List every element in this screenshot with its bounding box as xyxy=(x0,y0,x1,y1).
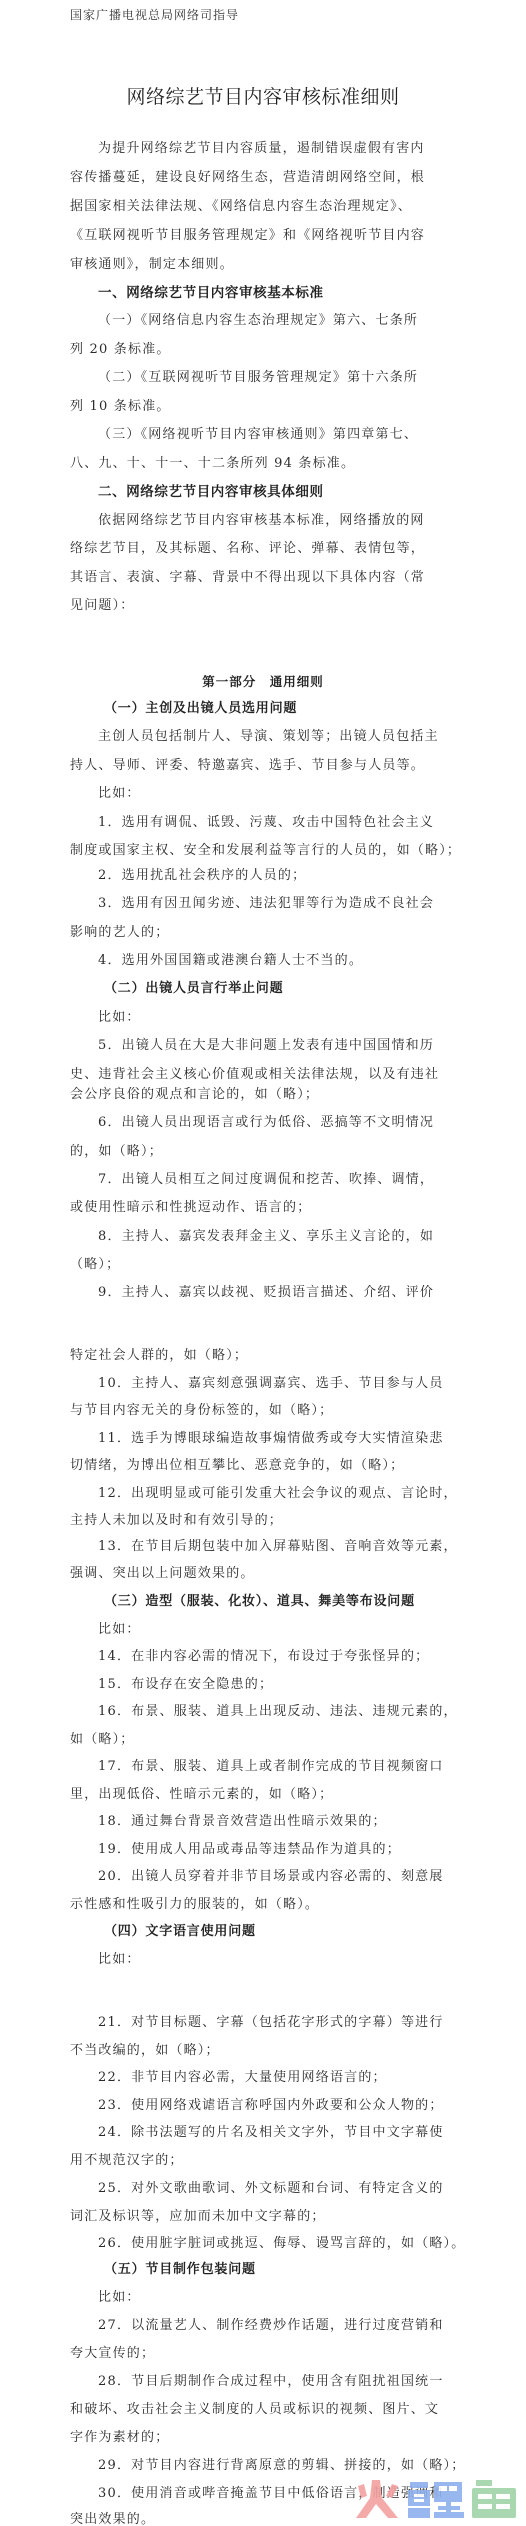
section-intro-line: 其语言、表演、字幕、背景中不得出现以下具体内容（常 xyxy=(70,570,446,586)
rule-line: 13．在节目后期包装中加入屏幕贴图、音响音效等元素， xyxy=(98,1539,446,1555)
rule-line: 主持人未加以及时和有效引导的； xyxy=(70,1513,446,1529)
rule-line: 5．出镜人员在大是大非问题上发表有违中国国情和历 xyxy=(98,1038,446,1054)
standard-item: （二）《互联网视听节目服务管理规定》第十六条所 xyxy=(98,370,446,386)
section-intro-line: 络综艺节目，及其标题、名称、评论、弹幕、表情包等， xyxy=(70,541,446,557)
rule-line: 影响的艺人的； xyxy=(70,925,446,941)
intro-line: 审核通则》，制定本细则。 xyxy=(70,257,446,273)
rule-line: 切情绪，为博出位相互攀比、恶意竞争的，如（略）； xyxy=(70,1458,446,1474)
section-intro-line: 见问题）： xyxy=(70,598,446,614)
rule-line: 22．非节目内容必需，大量使用网络语言的； xyxy=(98,2070,446,2086)
rule-line: 和破坏、攻击社会主义制度的人员或标识的视频、图片、文 xyxy=(70,2402,446,2418)
rule-line: 不当改编的，如（略）； xyxy=(70,2043,446,2059)
rule-line: 字作为素材的； xyxy=(70,2430,446,2446)
section-heading: 二、网络综艺节目内容审核具体细则 xyxy=(98,484,446,500)
rule-line: 的，如（略）； xyxy=(70,1144,446,1160)
rule-line: 12．出现明显或可能引发重大社会争议的观点、言论时， xyxy=(98,1486,446,1502)
rule-line: 4．选用外国国籍或港澳台籍人士不当的。 xyxy=(98,953,446,969)
rule-line: 用不规范汉字的； xyxy=(70,2153,446,2169)
rule-line: 会公序良俗的观点和言论的，如（略）； xyxy=(70,1087,446,1103)
subsection-heading: （四）文字语言使用问题 xyxy=(104,1924,480,1940)
standard-item: （三）《网络视听节目内容审核通则》第四章第七、 xyxy=(98,427,446,443)
intro-line: 容传播蔓延，建设良好网络生态，营造清朗网络空间，根 xyxy=(70,170,446,186)
document-page: 国家广播电视总局网络司指导 网络综艺节目内容审核标准细则 为提升网络综艺节目内容… xyxy=(0,0,526,2526)
rule-line: 2．选用扰乱社会秩序的人员的； xyxy=(98,868,446,884)
rule-line: 强调、突出以上问题效果的。 xyxy=(70,1566,446,1582)
rule-line: 14．在非内容必需的情况下，布设过于夸张怪异的； xyxy=(98,1649,446,1665)
rule-line: 11．选手为博眼球编造故事煽情做秀或夸大实情渲染悲 xyxy=(98,1431,446,1447)
standard-item: 列 20 条标准。 xyxy=(70,342,446,358)
rule-line: 24．除书法题写的片名及相关文字外，节目中文字幕使 xyxy=(98,2125,446,2141)
example-label: 比如： xyxy=(98,1622,446,1638)
document-title: 网络综艺节目内容审核标准细则 xyxy=(0,82,526,109)
rule-line: 制度或国家主权、安全和发展利益等言行的人员的，如（略）； xyxy=(70,843,446,859)
rule-line: 17．布景、服装、道具上或者制作完成的节目视频窗口 xyxy=(98,1759,446,1775)
subsection-desc: 主创人员包括制片人、导演、策划等；出镜人员包括主 xyxy=(98,729,446,745)
subsection-heading: （二）出镜人员言行举止问题 xyxy=(104,981,480,997)
intro-line: 为提升网络综艺节目内容质量，遏制错误虚假有害内 xyxy=(98,141,446,157)
rule-line: 示性感和性吸引力的服装的，如（略）。 xyxy=(70,1897,446,1913)
rule-line: 18．通过舞台背景音效营造出性暗示效果的； xyxy=(98,1814,446,1830)
part-title: 第一部分 通用细则 xyxy=(0,672,526,690)
rule-line: 6．出镜人员出现语言或行为低俗、恶搞等不文明情况 xyxy=(98,1115,446,1131)
rule-line: 27．以流量艺人、制作经费炒作话题，进行过度营销和 xyxy=(98,2318,446,2334)
example-label: 比如： xyxy=(98,786,446,802)
rule-line: 28．节目后期制作合成过程中，使用含有阻扰祖国统一 xyxy=(98,2374,446,2390)
rule-line: 7．出镜人员相互之间过度调侃和挖苦、吹捧、调情， xyxy=(98,1172,446,1188)
rule-line: 15．布设存在安全隐患的； xyxy=(98,1677,446,1693)
rule-line: 如（略）； xyxy=(70,1732,446,1748)
huoliyu-logo-icon xyxy=(352,2476,522,2520)
subsection-heading: （三）造型（服装、化妆）、道具、舞美等布设问题 xyxy=(104,1594,480,1610)
rule-line: 16．布景、服装、道具上出现反动、违法、违规元素的， xyxy=(98,1704,446,1720)
standard-item: 八、九、十、十一、十二条所列 94 条标准。 xyxy=(70,456,446,472)
subsection-heading: （一）主创及出镜人员选用问题 xyxy=(104,701,480,717)
rule-line: 夸大宣传的； xyxy=(70,2346,446,2362)
rule-line: 25．对外文歌曲歌词、外文标题和台词、有特定含义的 xyxy=(98,2181,446,2197)
rule-line: 特定社会人群的，如（略）； xyxy=(70,1348,446,1364)
example-label: 比如： xyxy=(98,2290,446,2306)
intro-line: 据国家相关法律法规、《网络信息内容生态治理规定》、 xyxy=(70,199,446,215)
example-label: 比如： xyxy=(98,1010,446,1026)
rule-line: 23．使用网络戏谑语言称呼国内外政要和公众人物的； xyxy=(98,2098,446,2114)
rule-line: 与节目内容无关的身份标签的，如（略）； xyxy=(70,1403,446,1419)
rule-line: 21．对节目标题、字幕（包括花字形式的字幕）等进行 xyxy=(98,2015,446,2031)
rule-line: 9．主持人、嘉宾以歧视、贬损语言描述、介绍、评价 xyxy=(98,1285,446,1301)
rule-line: 29．对节目内容进行背离原意的剪辑、拼接的，如（略）； xyxy=(98,2458,446,2474)
standard-item: （一）《网络信息内容生态治理规定》第六、七条所 xyxy=(98,313,446,329)
rule-line: 1．选用有调侃、诋毁、污蔑、攻击中国特色社会主义 xyxy=(98,815,446,831)
rule-line: 词汇及标识等，应加而未加中文字幕的； xyxy=(70,2209,446,2225)
rule-line: 10．主持人、嘉宾刻意强调嘉宾、选手、节目参与人员 xyxy=(98,1376,446,1392)
intro-line: 《互联网视听节目服务管理规定》和《网络视听节目内容 xyxy=(70,228,446,244)
example-label: 比如： xyxy=(98,1952,446,1968)
rule-line: 20．出镜人员穿着并非节目场景或内容必需的、刻意展 xyxy=(98,1869,446,1885)
subsection-desc: 持人、导师、评委、特邀嘉宾、选手、节目参与人员等。 xyxy=(70,758,446,774)
rule-line: 26．使用脏字脏词或挑逗、侮辱、谩骂言辞的，如（略）。 xyxy=(98,2236,446,2252)
rule-line: 里，出现低俗、性暗示元素的，如（略）； xyxy=(70,1787,446,1803)
standard-item: 列 10 条标准。 xyxy=(70,399,446,415)
rule-line: 19．使用成人用品或毒品等违禁品作为道具的； xyxy=(98,1842,446,1858)
section-heading: 一、网络综艺节目内容审核基本标准 xyxy=(98,285,446,301)
rule-line: （略）； xyxy=(70,1257,446,1273)
rule-line: 史、违背社会主义核心价值观或相关法律法规，以及有违社 xyxy=(70,1067,446,1083)
rule-line: 8．主持人、嘉宾发表拜金主义、享乐主义言论的，如 xyxy=(98,1229,446,1245)
guidance-org: 国家广播电视总局网络司指导 xyxy=(70,6,239,23)
rule-line: 或使用性暗示和性挑逗动作、语言的； xyxy=(70,1200,446,1216)
subsection-heading: （五）节目制作包装问题 xyxy=(104,2262,480,2278)
rule-line: 3．选用有因丑闻劣迹、违法犯罪等行为造成不良社会 xyxy=(98,896,446,912)
watermark-logo xyxy=(352,2476,522,2520)
section-intro-line: 依据网络综艺节目内容审核基本标准，网络播放的网 xyxy=(98,513,446,529)
